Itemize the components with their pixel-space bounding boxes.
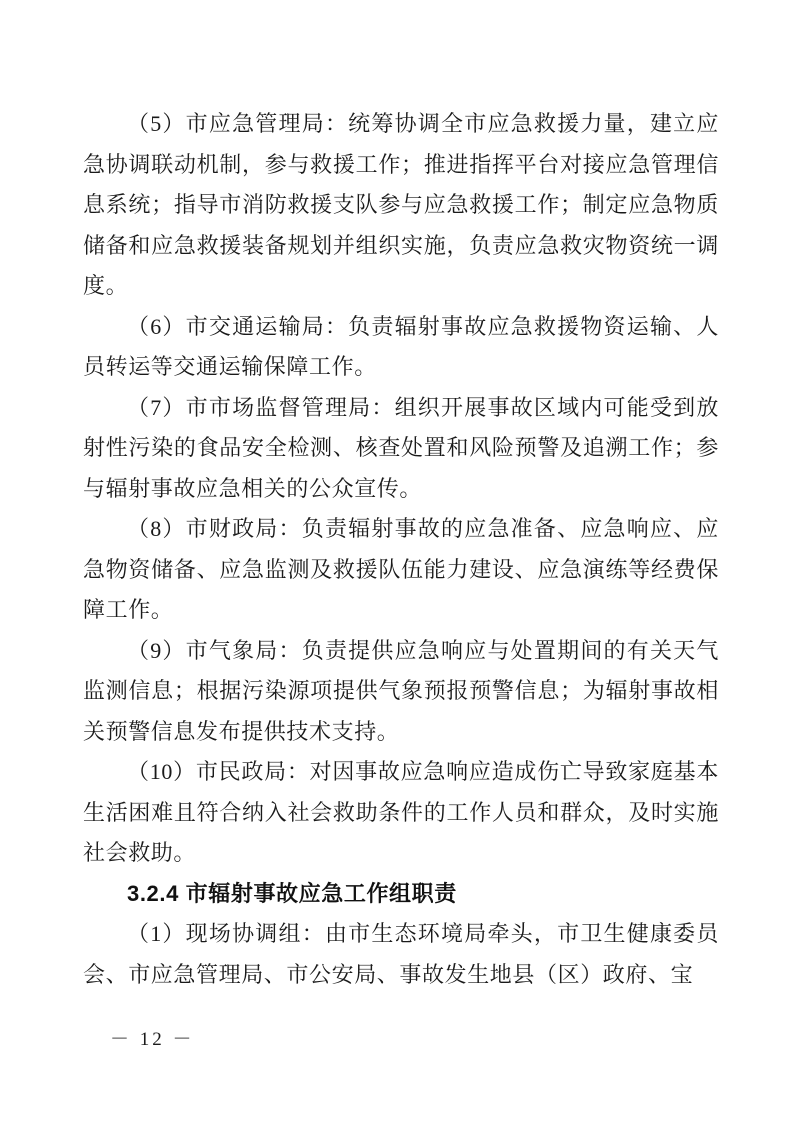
paragraph-item-7: （7）市市场监督管理局：组织开展事故区域内可能受到放射性污染的食品安全检测、核查… — [83, 388, 719, 510]
paragraph-item-6: （6）市交通运输局：负责辐射事故应急救援物资运输、人员转运等交通运输保障工作。 — [83, 307, 719, 388]
section-heading-3-2-4: 3.2.4 市辐射事故应急工作组职责 — [83, 874, 719, 915]
page-number: － 12 － — [110, 1024, 195, 1051]
page-body-text: （5）市应急管理局：统筹协调全市应急救援力量，建立应急协调联动机制，参与救援工作… — [83, 104, 719, 995]
paragraph-item-8: （8）市财政局：负责辐射事故的应急准备、应急响应、应急物资储备、应急监测及救援队… — [83, 509, 719, 631]
paragraph-item-workgroup-1: （1）现场协调组：由市生态环境局牵头，市卫生健康委员会、市应急管理局、市公安局、… — [83, 914, 719, 995]
document-page: （5）市应急管理局：统筹协调全市应急救援力量，建立应急协调联动机制，参与救援工作… — [0, 0, 800, 1131]
paragraph-item-9: （9）市气象局：负责提供应急响应与处置期间的有关天气监测信息；根据污染源项提供气… — [83, 631, 719, 753]
paragraph-item-5: （5）市应急管理局：统筹协调全市应急救援力量，建立应急协调联动机制，参与救援工作… — [83, 104, 719, 307]
paragraph-item-10: （10）市民政局：对因事故应急响应造成伤亡导致家庭基本生活困难且符合纳入社会救助… — [83, 752, 719, 874]
